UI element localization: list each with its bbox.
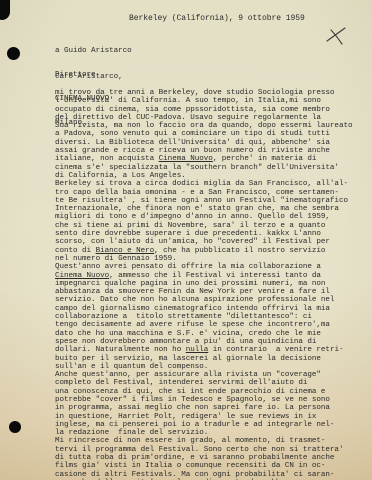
body-line: inglese, ma ci penserei poi io a tradurl… [55, 421, 352, 429]
body-line: di tutta roba di prim'ordine, e vi saran… [55, 454, 352, 462]
body-line: cinema s'e' specializzata la "southern b… [55, 164, 352, 172]
body-line: l'Universita' di California. A suo tempo… [55, 97, 352, 105]
underlined-title: Cinema Nuovo [159, 155, 213, 163]
body-line: campo del giornalismo cinematografico in… [55, 305, 352, 313]
underlined-title: nulla [186, 346, 209, 354]
body-line: migliori di tono e d'impegno d'anno in a… [55, 213, 352, 221]
body-line: italiane, non acquista Cinema Nuovo, per… [55, 155, 352, 163]
punch-hole-middle [7, 47, 20, 60]
body-line: assai grande e ricca e riceva un buon nu… [55, 147, 352, 155]
body-line: casione di altri Festivals. Ma con ogni … [55, 471, 352, 479]
punch-hole-top [0, 0, 10, 20]
body-line: dato che ho una macchina e S.F. e' vicin… [55, 330, 352, 338]
body-line: Internazionale, che finora non e' stato … [55, 205, 352, 213]
body-line: Cinema Nuovo, ammesso che il Festival vi… [55, 272, 352, 280]
body-line: tengo decisamente ad avere rifuse le spe… [55, 321, 352, 329]
punch-hole-bottom [9, 421, 21, 433]
body-line: abbastanza da smuovere Fenin da New York… [55, 288, 352, 296]
body-line: sull'an e il quantum del compenso. [55, 363, 352, 371]
body-line: te Be risultera' , si tiene ogni anno un… [55, 197, 352, 205]
body-line: di California, a Los Angeles. [55, 172, 352, 180]
body-line: buito per il servizio, ma lascerei al gi… [55, 355, 352, 363]
body-line: tervi il programma del Festival. Sono ce… [55, 446, 352, 454]
body-line: scorso, con l'aiuto di un'amica, ho "cov… [55, 238, 352, 246]
body-line: Anche quest'anno, per assicurare alla ri… [55, 371, 352, 379]
body-line: sento dire dovrebbe superare i due prece… [55, 230, 352, 238]
letter-body: mi trovo da tre anni a Berkeley, dove st… [55, 89, 352, 480]
underlined-title: Cinema Nuovo [55, 272, 109, 280]
dateline: Berkeley (California), 9 ottobre 1959 [129, 15, 305, 23]
body-line: Sua rivista, ma non lo faccio ora da qua… [55, 122, 352, 130]
body-line: in questione, Harriet Polt, redigera' le… [55, 413, 352, 421]
body-line: una conoscenza di qui, che si int ende p… [55, 388, 352, 396]
body-line: nel numero di Gennaio 1959. [55, 255, 352, 263]
body-line: conto di Bianco e Nero, che ha pubblicat… [55, 247, 352, 255]
body-line: mi trovo da tre anni a Berkeley, dove st… [55, 89, 352, 97]
body-line: tro capo della baia omonima - e a San Fr… [55, 189, 352, 197]
body-line: impegnarci qualche pagina in uno dei pro… [55, 280, 352, 288]
body-line: a Padova, sono venuto qui a cominciare u… [55, 130, 352, 138]
body-line: occupato di cinema, sia come ppssoridott… [55, 106, 352, 114]
body-line: diversi. La Biblioteca dell'Universita' … [55, 139, 352, 147]
body-line: Quest'anno avrei pensato di offrire la m… [55, 263, 352, 271]
body-line: servizio. Dato che non ho alcuna aspiraz… [55, 296, 352, 304]
body-line: films gia' visti in Italia o comunque re… [55, 462, 352, 470]
body-line: la redazione finale del servizio. [55, 429, 352, 437]
body-line: dollari. Naturalmente non ho nulla in co… [55, 346, 352, 354]
body-line: Berkeley si trova a circa dodici miglia … [55, 180, 352, 188]
letter-page: Berkeley (California), 9 ottobre 1959 a … [0, 0, 372, 480]
handwritten-x-mark-icon [325, 24, 347, 46]
underlined-title: Bianco e Nero [96, 247, 155, 255]
address-line: a Guido Aristarco [55, 48, 132, 56]
body-line: Mi rincresce di non essere in grado, al … [55, 437, 352, 445]
salutation: Caro Aristarco, [55, 73, 123, 81]
body-line: collaborazione a titolo strettamente "di… [55, 313, 352, 321]
body-line: in programma, assai meglio che non sapre… [55, 404, 352, 412]
body-line: spese non dovrebbero ammontare a piu' di… [55, 338, 352, 346]
body-line: completo del Festival, intenderei servir… [55, 379, 352, 387]
body-line: che si tiene ai primi di Novembre, sara'… [55, 222, 352, 230]
body-line: del direttivo del CUC-Padova. Usavo segu… [55, 114, 352, 122]
body-line: potrebbe "cover" i films in Tedesco e Sp… [55, 396, 352, 404]
